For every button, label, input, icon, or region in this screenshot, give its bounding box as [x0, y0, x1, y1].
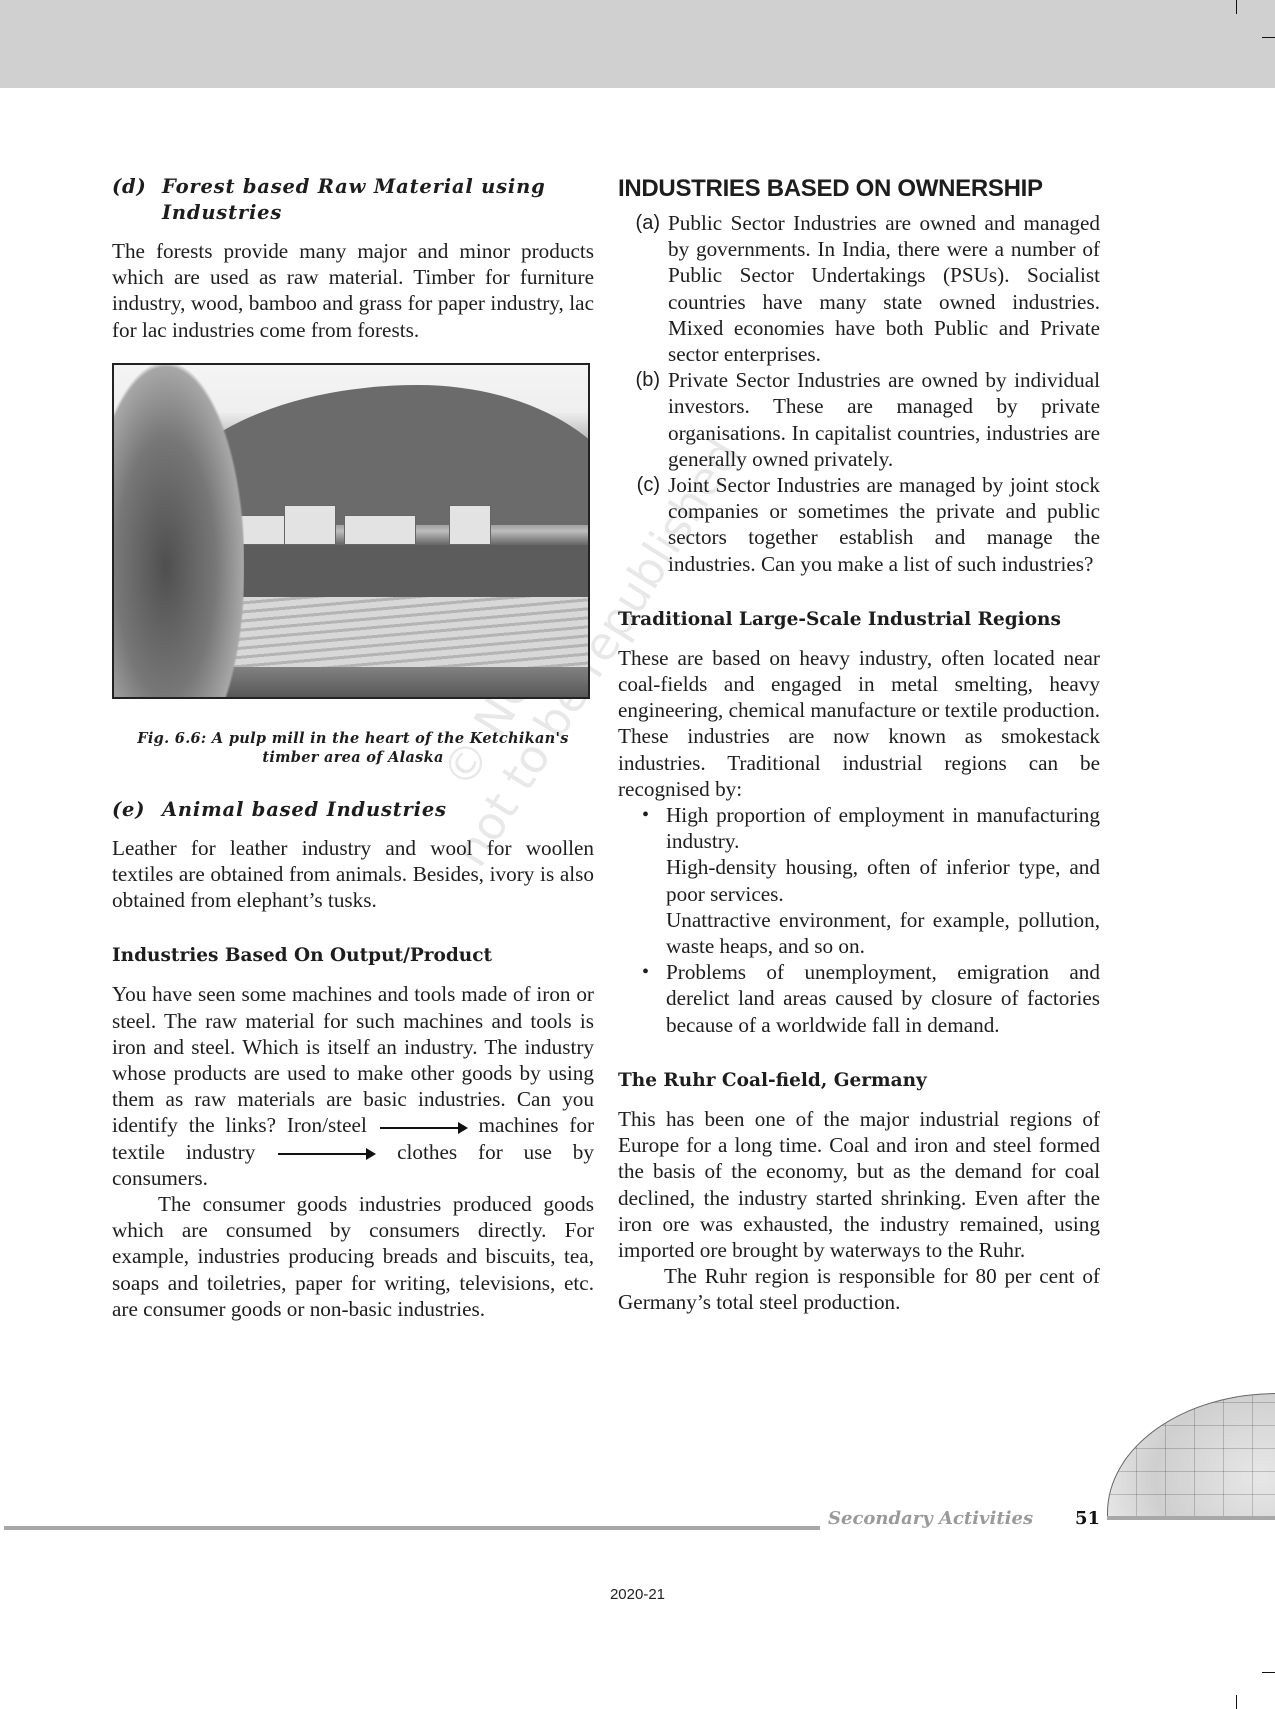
crop-mark	[1262, 37, 1275, 38]
bullet-continuation: High-density housing, often of inferior …	[618, 854, 1100, 906]
ruhr-paragraph-2: The Ruhr region is responsible for 80 pe…	[618, 1263, 1100, 1315]
pulp-mill-photo	[112, 363, 590, 699]
footer-chapter-title: Secondary Activities	[828, 1508, 1033, 1529]
bullet-item: • High proportion of employment in manuf…	[618, 802, 1100, 854]
section-d-heading: (d) Forest based Raw Material using Indu…	[112, 174, 594, 226]
arrow-right-icon	[380, 1127, 466, 1129]
footer-rule	[4, 1526, 820, 1530]
section-title: Animal based Industries	[162, 797, 447, 823]
bullet-item: • Problems of unemployment, emigration a…	[618, 959, 1100, 1038]
list-marker: (b)	[618, 367, 668, 472]
output-section-heading: Industries Based On Output/Product	[112, 943, 594, 969]
ownership-item-b: (b) Private Sector Industries are owned …	[618, 367, 1100, 472]
bullet-continuation: Unattractive environment, for example, p…	[618, 907, 1100, 959]
crop-mark	[1236, 0, 1237, 14]
section-marker: (e)	[112, 797, 162, 823]
ownership-heading: INDUSTRIES BASED ON OWNERSHIP	[618, 174, 1100, 204]
edition-year: 2020-21	[0, 1586, 1275, 1603]
globe-map-decoration	[1107, 1393, 1275, 1520]
section-marker: (d)	[112, 174, 162, 226]
page-number: 51	[1075, 1508, 1100, 1529]
section-title: Forest based Raw Material using Industri…	[162, 174, 594, 226]
right-column: INDUSTRIES BASED ON OWNERSHIP (a) Public…	[618, 174, 1100, 1316]
ruhr-paragraph-1: This has been one of the major industria…	[618, 1106, 1100, 1263]
bullet-icon: •	[642, 959, 666, 1038]
crop-mark	[1236, 1695, 1237, 1709]
ruhr-heading: The Ruhr Coal-field, Germany	[618, 1068, 1100, 1094]
traditional-regions-heading: Traditional Large-Scale Industrial Regio…	[618, 607, 1100, 633]
figure-caption: Fig. 6.6: A pulp mill in the heart of th…	[112, 729, 594, 767]
output-paragraph-1: You have seen some machines and tools ma…	[112, 981, 594, 1191]
ownership-item-a: (a) Public Sector Industries are owned a…	[618, 210, 1100, 367]
output-paragraph-2: The consumer goods industries produced g…	[112, 1191, 594, 1322]
crop-mark	[1262, 1672, 1275, 1673]
traditional-paragraph: These are based on heavy industry, often…	[618, 645, 1100, 802]
list-marker: (c)	[618, 472, 668, 577]
top-margin-band	[0, 0, 1275, 88]
bullet-icon: •	[642, 802, 666, 854]
section-d-paragraph: The forests provide many major and minor…	[112, 238, 594, 343]
arrow-right-icon	[278, 1153, 374, 1155]
list-marker: (a)	[618, 210, 668, 367]
section-e-heading: (e) Animal based Industries	[112, 797, 594, 823]
ownership-item-c: (c) Joint Sector Industries are managed …	[618, 472, 1100, 577]
section-e-paragraph: Leather for leather industry and wool fo…	[112, 835, 594, 914]
left-column: (d) Forest based Raw Material using Indu…	[112, 174, 594, 1322]
